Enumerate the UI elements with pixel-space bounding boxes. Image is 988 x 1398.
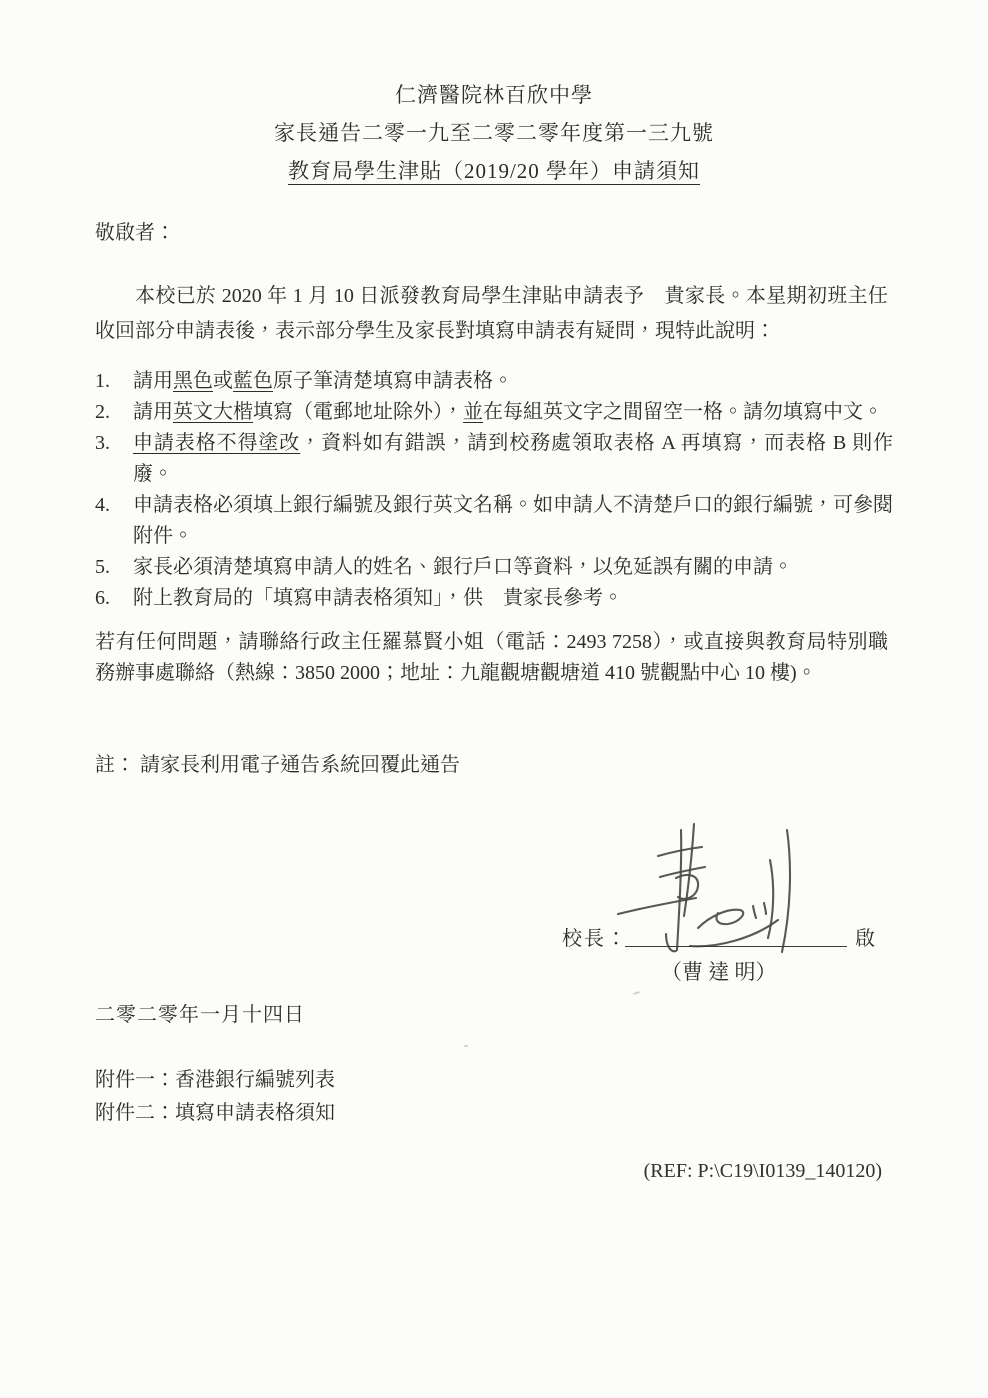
list-item: 6.附上教育局的「填寫申請表格須知」，供 貴家長參考。 [95,583,893,614]
document-title: 教育局學生津貼（2019/20 學年）申請須知 [0,152,988,190]
instruction-list: 1.請用黑色或藍色原子筆清楚填寫申請表格。2.請用英文大楷填寫（電郵地址除外），… [95,366,893,614]
intro-paragraph: 本校已於 2020 年 1 月 10 日派發教育局學生津貼申請表予 貴家長。本星… [95,279,888,349]
document-date: 二零二零年一月十四日 [95,998,305,1027]
list-item-text: 請用黑色或藍色原子筆清楚填寫申請表格。 [133,366,893,397]
file-reference: (REF: P:\C19\I0139_140120) [0,1160,882,1183]
list-item-text: 申請表格必須填上銀行編號及銀行英文名稱。如申請人不清楚戶口的銀行編號，可參閱附件… [133,490,893,552]
list-item-number: 5. [95,552,133,583]
reply-note: 註： 請家長利用電子通告系統回覆此通告 [95,748,460,777]
list-item-number: 3. [95,428,133,490]
list-item-number: 4. [95,490,133,552]
attachment-item-1: 附件一：香港銀行編號列表 [95,1064,335,1097]
scan-speck [464,1045,468,1048]
contact-paragraph: 若有任何問題，請聯絡行政主任羅慕賢小姐（電話：2493 7258），或直接與教育… [95,627,888,689]
scan-speck [633,991,640,995]
list-item-number: 6. [95,583,133,614]
principal-name: （曹 達 明） [661,956,777,986]
salutation: 敬啟者： [95,216,175,245]
signature-suffix: 啟 [855,922,875,951]
school-name: 仁濟醫院林百欣中學 [0,76,988,114]
attachment-list: 附件一：香港銀行編號列表 附件二：填寫申請表格須知 [95,1064,335,1130]
signature-line [625,946,847,947]
notice-document: 仁濟醫院林百欣中學 家長通告二零一九至二零二零年度第一三九號 教育局學生津貼（2… [0,0,988,1398]
list-item-text: 家長必須清楚填寫申請人的姓名、銀行戶口等資料，以免延誤有關的申請。 [133,552,893,583]
list-item-number: 2. [95,397,133,428]
principal-label: 校長： [562,922,628,951]
attachment-item-2: 附件二：填寫申請表格須知 [95,1097,335,1130]
list-item: 4.申請表格必須填上銀行編號及銀行英文名稱。如申請人不清楚戶口的銀行編號，可參閱… [95,490,893,552]
notice-number: 家長通告二零一九至二零二零年度第一三九號 [0,114,988,152]
list-item: 5.家長必須清楚填寫申請人的姓名、銀行戶口等資料，以免延誤有關的申請。 [95,552,893,583]
list-item-text: 申請表格不得塗改，資料如有錯誤，請到校務處領取表格 A 再填寫，而表格 B 則作… [133,428,893,490]
list-item: 3.申請表格不得塗改，資料如有錯誤，請到校務處領取表格 A 再填寫，而表格 B … [95,428,893,490]
list-item: 1.請用黑色或藍色原子筆清楚填寫申請表格。 [95,366,893,397]
principal-signature-scribble [606,820,811,960]
list-item-text: 附上教育局的「填寫申請表格須知」，供 貴家長參考。 [133,583,893,614]
list-item: 2.請用英文大楷填寫（電郵地址除外），並在每組英文字之間留空一格。請勿填寫中文。 [95,397,893,428]
list-item-number: 1. [95,366,133,397]
document-header: 仁濟醫院林百欣中學 家長通告二零一九至二零二零年度第一三九號 教育局學生津貼（2… [0,76,988,190]
list-item-text: 請用英文大楷填寫（電郵地址除外），並在每組英文字之間留空一格。請勿填寫中文。 [133,397,893,428]
